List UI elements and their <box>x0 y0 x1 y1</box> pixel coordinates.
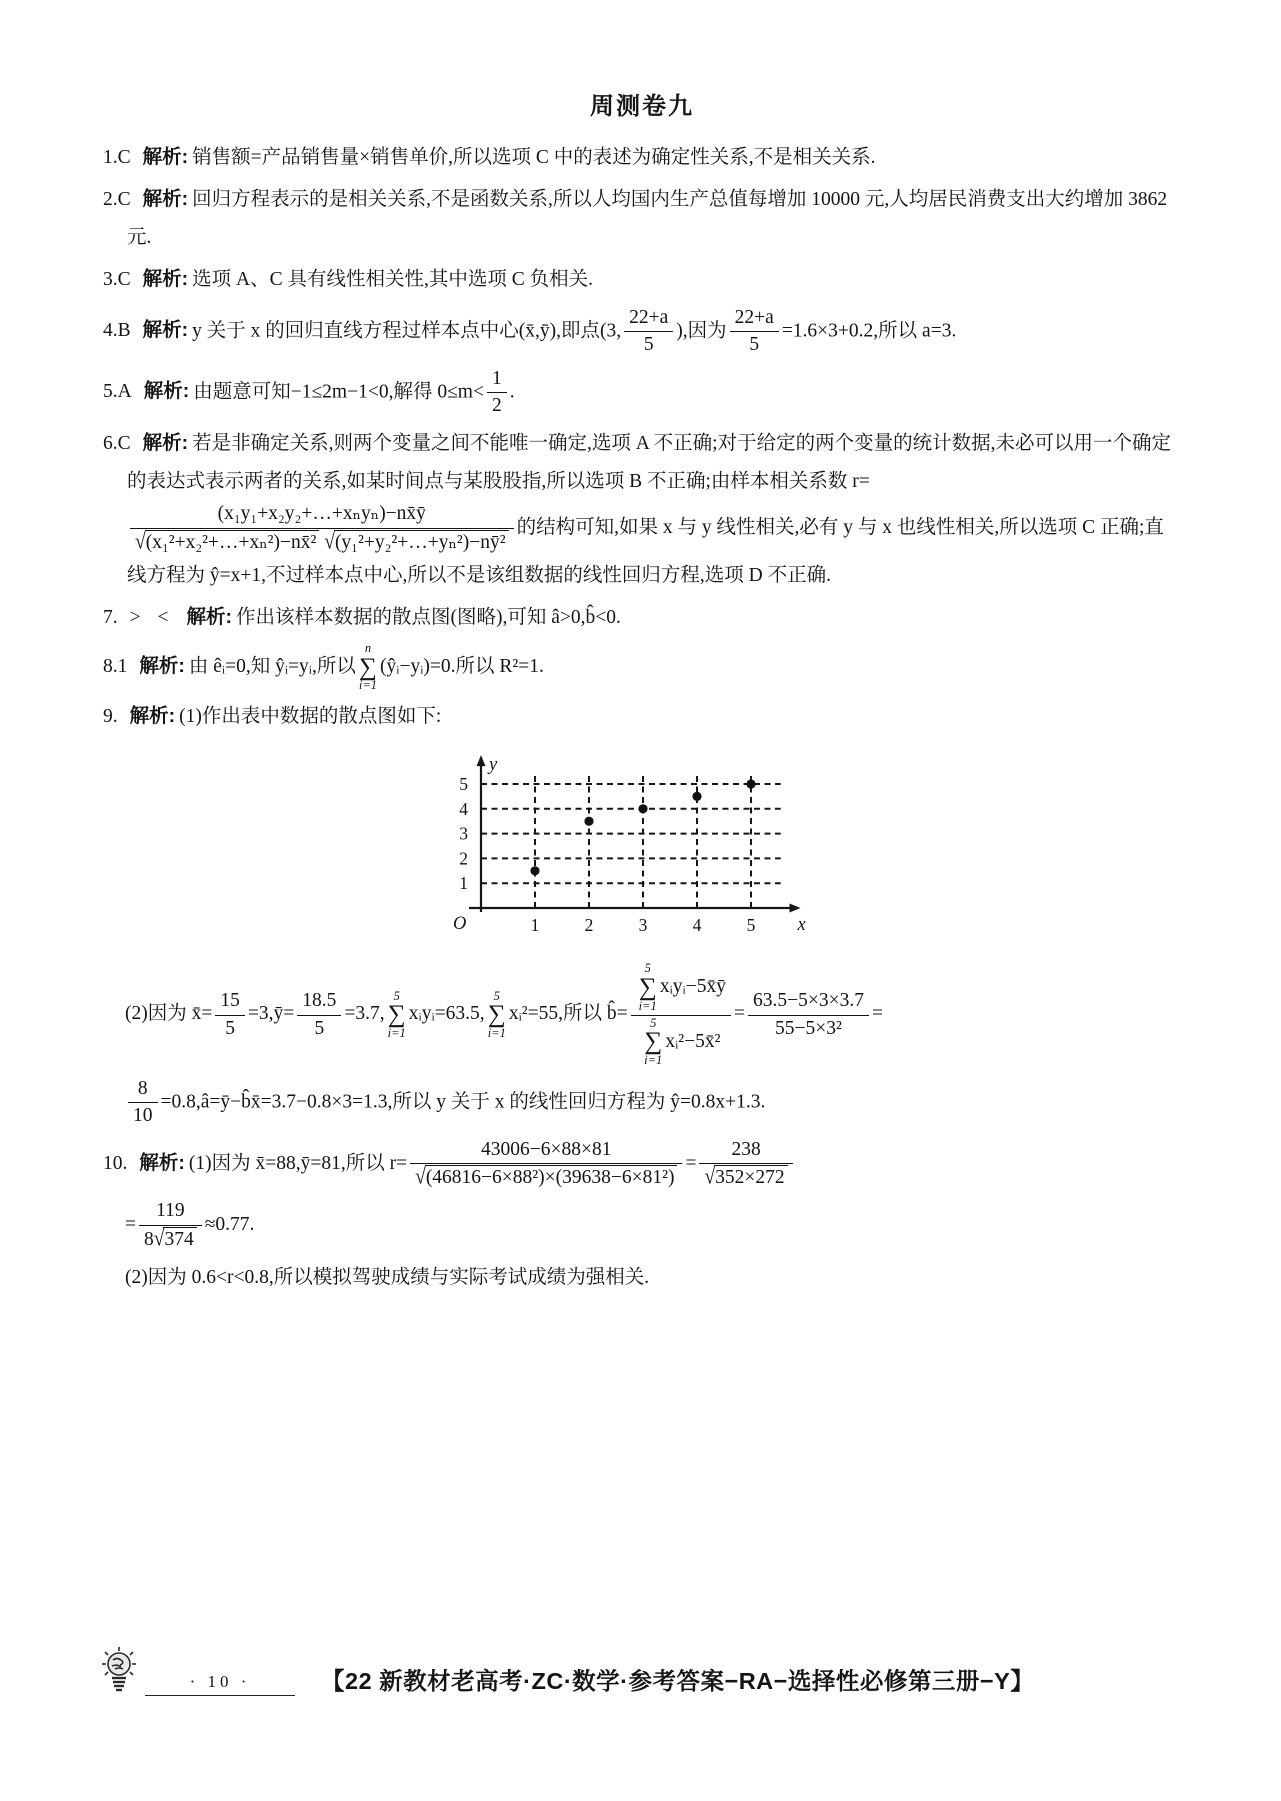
answer-item-8: 8.1解析:由 êᵢ=0,知 ŷᵢ=yᵢ,所以n∑i=1(ŷᵢ−yᵢ)=0.所以… <box>103 642 1181 693</box>
fraction-denominator: 5 <box>297 1016 341 1041</box>
radical: √374 <box>154 1227 197 1252</box>
analysis-text: ≈0.77. <box>205 1214 255 1235</box>
radical: √(y₁²+y₂²+…+yₙ²)−nȳ² <box>324 530 508 555</box>
analysis-text: = <box>872 1004 883 1025</box>
radicand: (x₁²+x₂²+…+xₙ²)−nx̄² <box>145 530 320 555</box>
analysis-text: (1)作出表中数据的散点图如下: <box>179 706 441 727</box>
svg-text:5: 5 <box>459 774 468 794</box>
item-10-part1: 10.解析:(1)因为 x̄=88,ȳ=81,所以 r=43006−6×88×8… <box>103 1136 1181 1193</box>
summation: 5∑i=1 <box>488 990 506 1041</box>
page-title: 周测卷九 <box>103 86 1181 121</box>
analysis-text: (ŷᵢ−yᵢ)=0.所以 R²=1. <box>380 656 544 677</box>
fraction: 12 <box>487 367 507 419</box>
summation: 5∑i=1 <box>388 990 406 1041</box>
formula-text: xᵢyᵢ−5x̄ȳ <box>660 977 726 998</box>
analysis-label: 解析: <box>139 1152 185 1174</box>
answer-item-10: 10.解析:(1)因为 x̄=88,ȳ=81,所以 r=43006−6×88×8… <box>103 1136 1181 1297</box>
radical-sign: √ <box>704 1164 715 1192</box>
item-10-result: =1198√374≈0.77. <box>103 1197 1181 1254</box>
analysis-text: 回归方程表示的是相关关系,不是函数关系,所以人均国内生产总值每增加 10000 … <box>127 189 1167 247</box>
question-number: 2.C <box>103 189 131 210</box>
fraction: 22+a5 <box>624 306 673 358</box>
fraction-numerator: 1 <box>487 367 507 393</box>
answer-sheet-page: 周测卷九 1.C解析:销售额=产品销售量×销售单价,所以选项 C 中的表述为确定… <box>0 0 1281 1801</box>
radical-sign: √ <box>324 529 335 557</box>
summation: n∑i=1 <box>359 642 377 693</box>
radical: √352×272 <box>704 1165 787 1190</box>
analysis-text: xᵢ²=55,所以 b̂= <box>509 1004 628 1025</box>
analysis-text: (2)因为 x̄= <box>125 1004 212 1025</box>
fraction-numerator: 18.5 <box>297 989 341 1015</box>
analysis-label: 解析: <box>143 432 189 454</box>
analysis-text: 作出该样本数据的散点图(图略),可知 â>0,b̂<0. <box>236 607 621 628</box>
sigma-symbol: ∑ <box>639 976 657 1000</box>
answer-symbols: > < <box>130 607 175 628</box>
svg-text:x: x <box>797 915 807 935</box>
radicand: 374 <box>163 1227 196 1252</box>
analysis-label: 解析: <box>143 319 189 341</box>
question-number: 6.C <box>103 433 131 454</box>
analysis-text: =3.7, <box>344 1004 384 1025</box>
summation-lower-limit: i=1 <box>388 1027 406 1041</box>
answer-item-4: 4.B解析:y 关于 x 的回归直线方程过样本点中心(x̄,ȳ),即点(3,22… <box>103 304 1181 360</box>
analysis-label: 解析: <box>187 606 233 628</box>
summation: 5∑i=1 <box>639 962 657 1013</box>
fraction-numerator: 22+a <box>624 306 673 332</box>
correlation-coefficient-fraction: (x₁y₁+x₂y₂+…+xₙyₙ)−nx̄ȳ√(x₁²+x₂²+…+xₙ²)−… <box>130 502 514 555</box>
analysis-text: xᵢyᵢ=63.5, <box>409 1004 485 1025</box>
svg-text:2: 2 <box>585 915 594 935</box>
sigma-symbol: ∑ <box>388 1003 406 1027</box>
analysis-text: (2)因为 0.6<r<0.8,所以模拟驾驶成绩与实际考试成绩为强相关. <box>125 1267 649 1288</box>
fraction: 155 <box>215 989 245 1041</box>
radicand: 352×272 <box>714 1165 788 1190</box>
fraction-numerator: 8 <box>128 1077 158 1103</box>
scatter-plot: 1234512345yxO <box>401 745 831 945</box>
analysis-text: 由 êᵢ=0,知 ŷᵢ=yᵢ,所以 <box>189 656 356 677</box>
svg-text:1: 1 <box>459 874 468 894</box>
analysis-text: =1.6×3+0.2,所以 a=3. <box>782 320 957 341</box>
analysis-label: 解析: <box>143 146 189 168</box>
scatter-chart-container: 1234512345yxO <box>401 745 1181 950</box>
page-number-text: · 10 · <box>190 1672 251 1691</box>
summation: 5∑i=1 <box>644 1017 662 1068</box>
svg-text:2: 2 <box>459 849 468 869</box>
fraction-denominator: 5∑i=1xᵢ²−5x̄² <box>631 1016 731 1068</box>
analysis-text: (1)因为 x̄=88,ȳ=81,所以 r= <box>189 1153 407 1174</box>
analysis-text: =0.8,â=ȳ−b̂x̄=3.7−0.8×3=1.3,所以 y 关于 x 的线… <box>161 1091 766 1112</box>
analysis-text: = <box>125 1214 136 1235</box>
item-10-part2: (2)因为 0.6<r<0.8,所以模拟驾驶成绩与实际考试成绩为强相关. <box>103 1259 1181 1296</box>
fraction-denominator: 8√374 <box>139 1226 202 1252</box>
fraction-numerator: 43006−6×88×81 <box>410 1138 682 1164</box>
analysis-text: 选项 A、C 具有线性相关性,其中选项 C 负相关. <box>192 269 593 290</box>
fraction: 22+a5 <box>730 306 779 358</box>
radicand: (y₁²+y₂²+…+yₙ²)−nȳ² <box>334 530 509 555</box>
question-number: 4.B <box>103 320 131 341</box>
summation-lower-limit: i=1 <box>488 1027 506 1041</box>
analysis-text: 销售额=产品销售量×销售单价,所以选项 C 中的表述为确定性关系,不是相关关系. <box>192 147 875 168</box>
svg-text:y: y <box>487 756 498 776</box>
analysis-text: ),因为 <box>676 320 726 341</box>
svg-text:1: 1 <box>531 915 540 935</box>
fraction-denominator: √352×272 <box>699 1164 792 1190</box>
sigma-symbol: ∑ <box>488 1003 506 1027</box>
answer-item-3: 3.C解析:选项 A、C 具有线性相关性,其中选项 C 负相关. <box>103 261 1181 298</box>
page-footer: · 10 · 【22 新教材老高考·ZC·数学·参考答案−RA−选择性必修第三册… <box>95 1642 1205 1696</box>
question-number: 3.C <box>103 269 131 290</box>
answer-item-9: 9.解析:(1)作出表中数据的散点图如下: 1234512345yxO (2)因… <box>103 698 1181 1131</box>
answer-item-6: 6.C解析:若是非确定关系,则两个变量之间不能唯一确定,选项 A 不正确;对于给… <box>103 425 1181 594</box>
fraction: 63.5−5×3×3.755−5×3² <box>748 989 869 1041</box>
svg-text:O: O <box>453 914 466 934</box>
fraction-numerator: 5∑i=1xᵢyᵢ−5x̄ȳ <box>631 962 731 1015</box>
fraction-numerator: 119 <box>139 1199 202 1225</box>
summation-lower-limit: i=1 <box>639 1000 657 1014</box>
answer-item-1: 1.C解析:销售额=产品销售量×销售单价,所以选项 C 中的表述为确定性关系,不… <box>103 139 1181 176</box>
question-number: 9. <box>103 706 118 727</box>
sigma-symbol: ∑ <box>359 656 377 680</box>
fraction: 18.55 <box>297 989 341 1041</box>
fraction-denominator: 2 <box>487 393 507 418</box>
item-9-intro: 9.解析:(1)作出表中数据的散点图如下: <box>103 698 1181 735</box>
svg-text:4: 4 <box>693 915 702 935</box>
analysis-label: 解析: <box>139 655 185 677</box>
answer-item-5: 5.A解析:由题意可知−1≤2m−1<0,解得 0≤m<12. <box>103 365 1181 421</box>
summation-lower-limit: i=1 <box>359 679 377 693</box>
analysis-text: 由题意可知−1≤2m−1<0,解得 0≤m< <box>193 381 484 402</box>
fraction-numerator: 22+a <box>730 306 779 332</box>
fraction-numerator: 63.5−5×3×3.7 <box>748 989 869 1015</box>
summation-lower-limit: i=1 <box>644 1054 662 1068</box>
svg-text:5: 5 <box>747 915 756 935</box>
fraction-denominator: √(x₁²+x₂²+…+xₙ²)−nx̄² √(y₁²+y₂²+…+yₙ²)−n… <box>130 529 514 555</box>
correlation-r-fraction: 43006−6×88×81√(46816−6×88²)×(39638−6×81²… <box>410 1138 682 1191</box>
slope-estimator-fraction: 5∑i=1xᵢyᵢ−5x̄ȳ5∑i=1xᵢ²−5x̄² <box>631 962 731 1068</box>
fraction-numerator: 15 <box>215 989 245 1015</box>
analysis-text: 若是非确定关系,则两个变量之间不能唯一确定,选项 A 不正确;对于给定的两个变量… <box>127 433 1171 491</box>
fraction: 1198√374 <box>139 1199 202 1252</box>
analysis-label: 解析: <box>144 380 190 402</box>
radicand: (46816−6×88²)×(39638−6×81²) <box>425 1165 678 1190</box>
analysis-text: = <box>734 1004 745 1025</box>
item-9-conclusion: 810=0.8,â=ȳ−b̂x̄=3.7−0.8×3=1.3,所以 y 关于 x… <box>103 1075 1181 1131</box>
sigma-symbol: ∑ <box>644 1030 662 1054</box>
fraction-denominator: 5 <box>215 1016 245 1041</box>
light-bulb-icon <box>95 1642 143 1696</box>
question-number: 10. <box>103 1153 127 1174</box>
question-number: 1.C <box>103 147 131 168</box>
formula-text: xᵢ²−5x̄² <box>665 1031 720 1052</box>
analysis-label: 解析: <box>143 188 189 210</box>
item-9-part2: (2)因为 x̄=155=3,ȳ=18.55=3.7,5∑i=1xᵢyᵢ=63.… <box>103 960 1181 1070</box>
fraction-numerator: 238 <box>699 1138 792 1164</box>
radical-sign: √ <box>154 1226 165 1254</box>
fraction-denominator: 10 <box>128 1103 158 1128</box>
fraction-denominator: √(46816−6×88²)×(39638−6×81²) <box>410 1164 682 1190</box>
fraction-denominator: 55−5×3² <box>748 1016 869 1041</box>
analysis-text: = <box>685 1153 696 1174</box>
svg-text:3: 3 <box>459 824 468 844</box>
analysis-text: . <box>510 381 515 402</box>
analysis-label: 解析: <box>143 268 189 290</box>
analysis-text: y 关于 x 的回归直线方程过样本点中心(x̄,ȳ),即点(3, <box>192 320 621 341</box>
svg-text:3: 3 <box>639 915 648 935</box>
fraction-denominator: 5 <box>730 332 779 357</box>
denominator-coefficient: 8 <box>144 1229 154 1250</box>
question-number: 8.1 <box>103 656 127 677</box>
radical-sign: √ <box>135 529 146 557</box>
answer-item-2: 2.C解析:回归方程表示的是相关关系,不是函数关系,所以人均国内生产总值每增加 … <box>103 181 1181 256</box>
answer-item-7: 7.> <解析:作出该样本数据的散点图(图略),可知 â>0,b̂<0. <box>103 599 1181 636</box>
question-number: 5.A <box>103 381 132 402</box>
imprint-text: 【22 新教材老高考·ZC·数学·参考答案−RA−选择性必修第三册−Y】 <box>321 1662 1034 1696</box>
fraction: 810 <box>128 1077 158 1129</box>
fraction-denominator: 5 <box>624 332 673 357</box>
page-number: · 10 · <box>145 1672 295 1696</box>
fraction-numerator: (x₁y₁+x₂y₂+…+xₙyₙ)−nx̄ȳ <box>130 502 514 528</box>
radical-sign: √ <box>415 1164 426 1192</box>
content-column: 周测卷九 1.C解析:销售额=产品销售量×销售单价,所以选项 C 中的表述为确定… <box>0 0 1281 1297</box>
svg-text:4: 4 <box>459 799 468 819</box>
radical: √(x₁²+x₂²+…+xₙ²)−nx̄² <box>135 530 319 555</box>
analysis-label: 解析: <box>130 705 176 727</box>
radical: √(46816−6×88²)×(39638−6×81²) <box>415 1165 677 1190</box>
question-number: 7. <box>103 607 118 628</box>
analysis-text: =3,ȳ= <box>248 1004 294 1025</box>
fraction: 238√352×272 <box>699 1138 792 1191</box>
